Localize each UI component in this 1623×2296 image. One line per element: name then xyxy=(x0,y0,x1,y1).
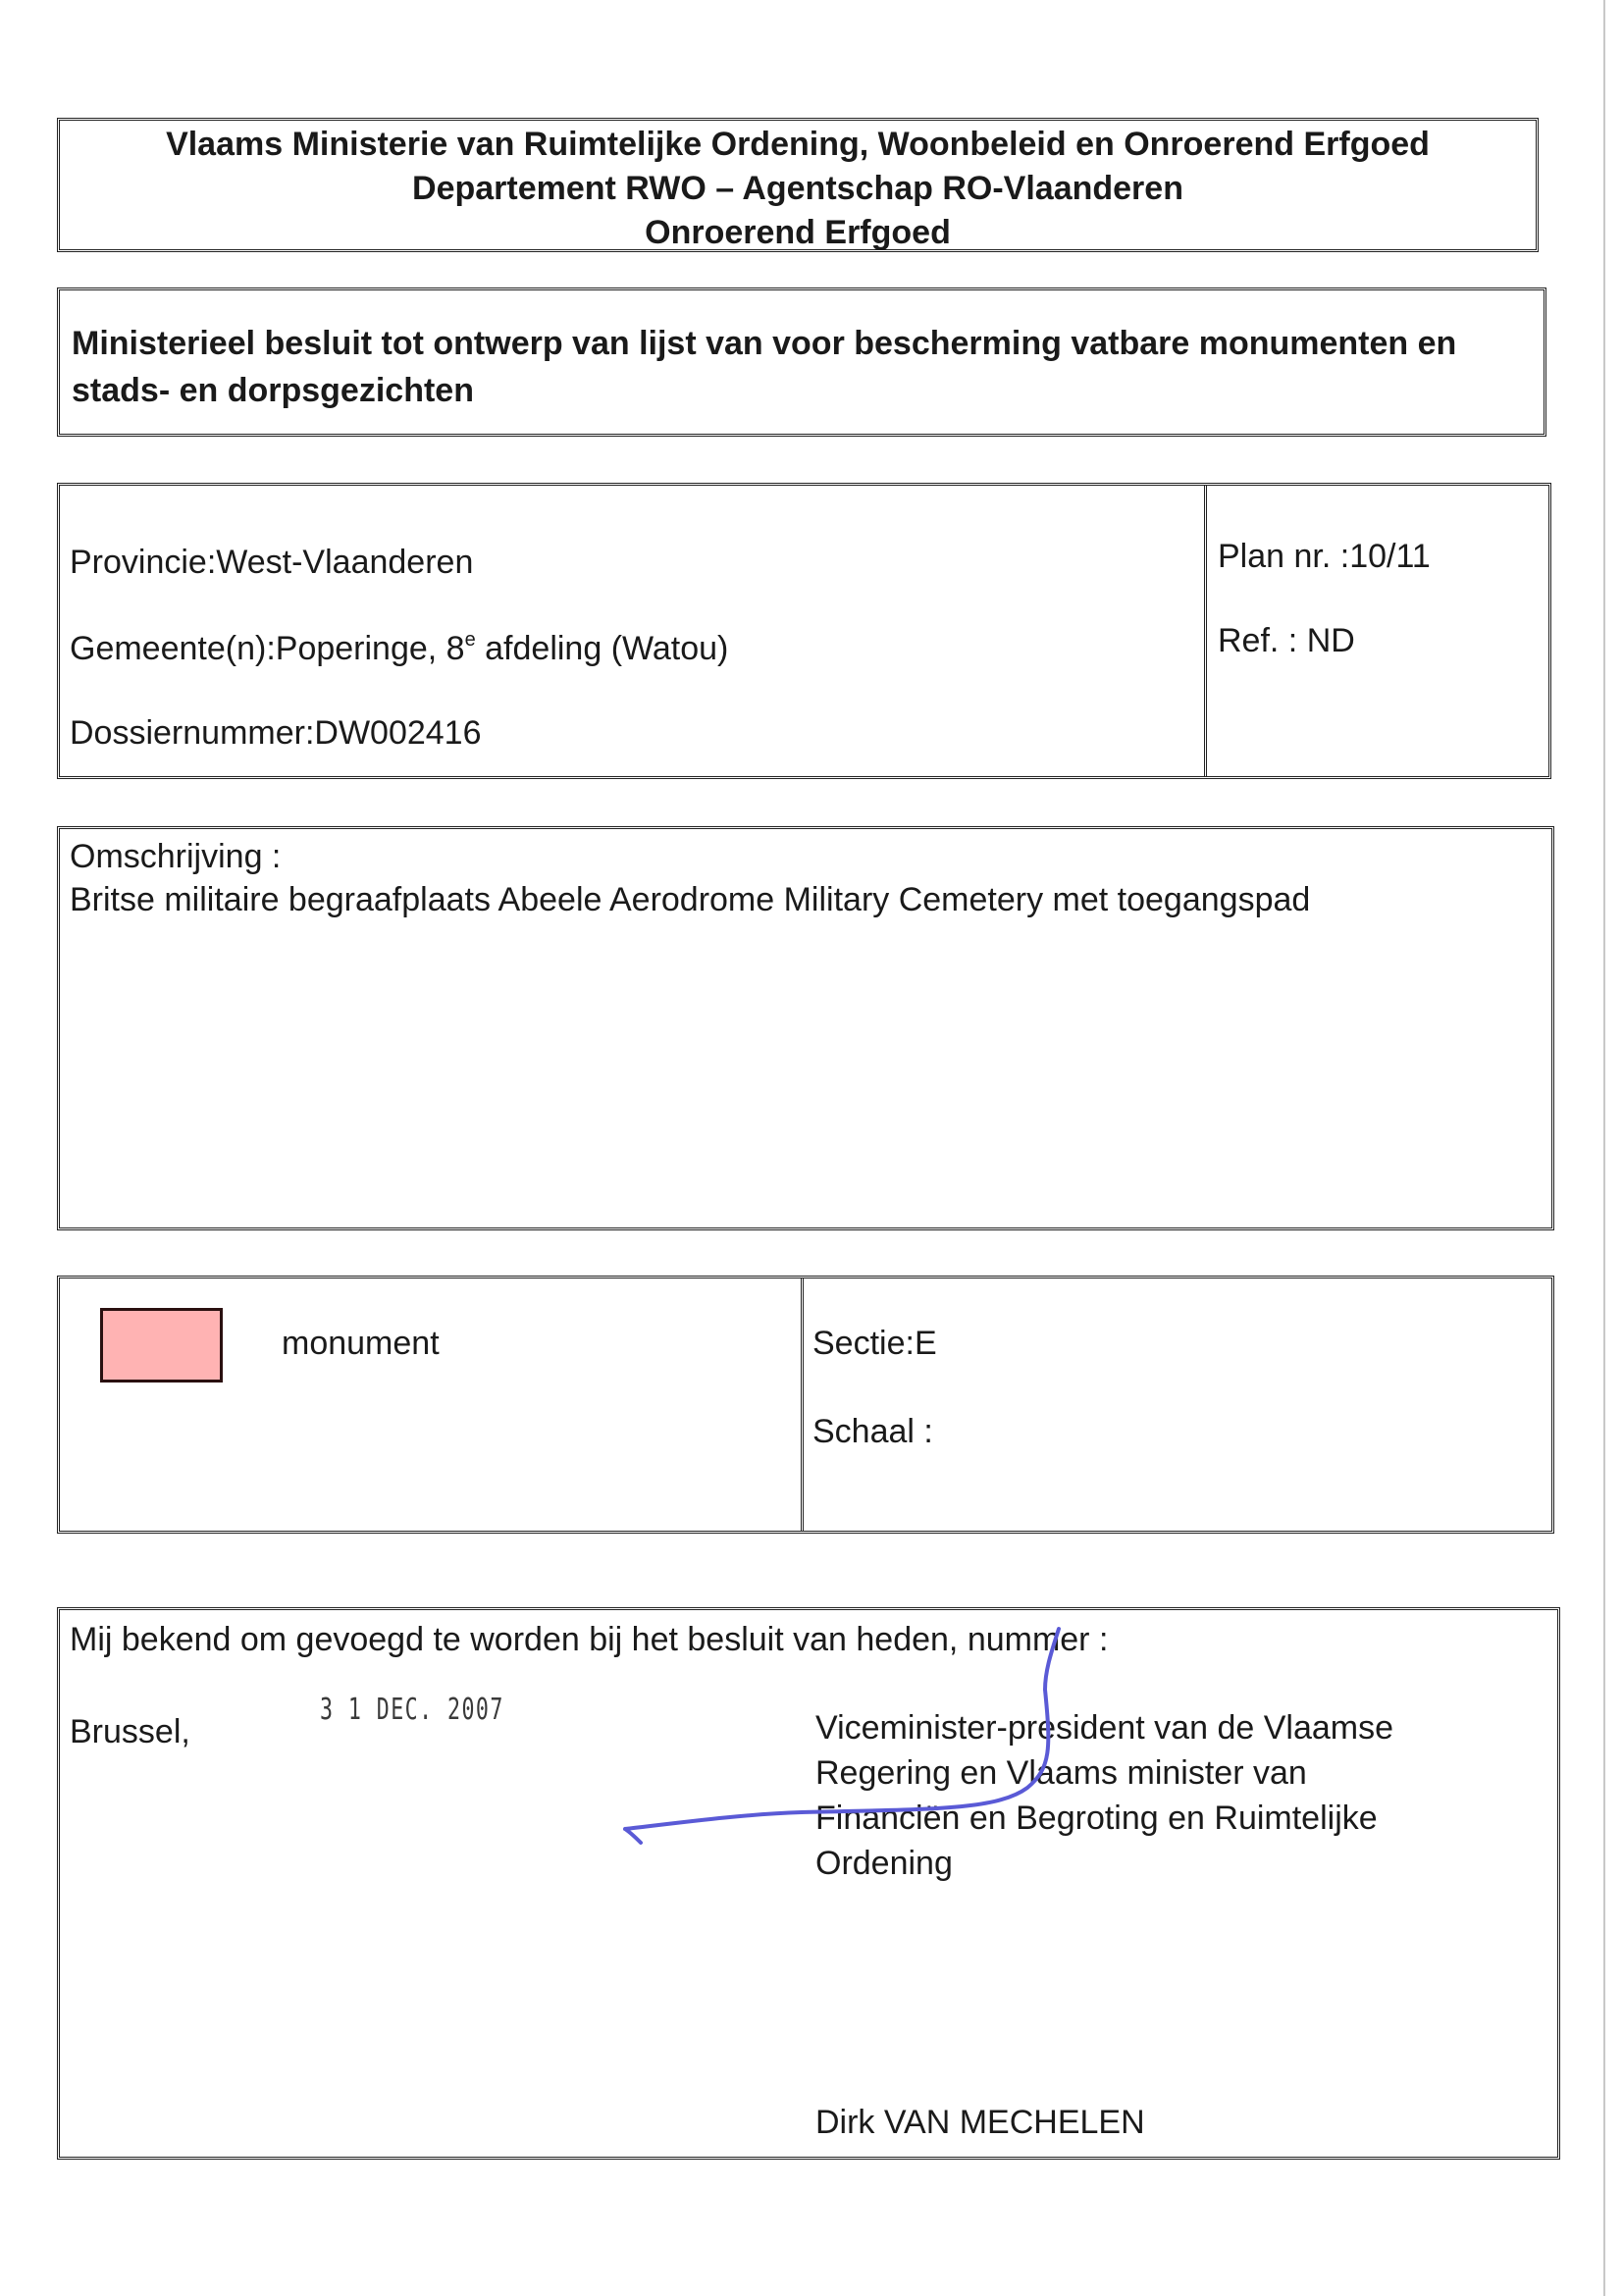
provincie-field: Provincie:West-Vlaanderen xyxy=(70,543,473,582)
decree-title-box: Ministerieel besluit tot ontwerp van lij… xyxy=(57,287,1546,437)
signature-box: Mij bekend om gevoegd te worden bij het … xyxy=(57,1607,1560,2160)
reference-field: Ref. : ND xyxy=(1218,621,1355,660)
ministry-header: Vlaams Ministerie van Ruimtelijke Ordeni… xyxy=(57,118,1539,252)
description-box: Omschrijving : Britse militaire begraafp… xyxy=(57,826,1554,1230)
dossier-info-box: Provincie:West-Vlaanderen Gemeente(n):Po… xyxy=(57,483,1551,779)
legend-monument-label: monument xyxy=(282,1324,440,1363)
legend-column-divider xyxy=(801,1278,804,1531)
monument-color-swatch xyxy=(100,1308,223,1383)
dossiernummer-field: Dossiernummer:DW002416 xyxy=(70,713,482,753)
scan-edge-line xyxy=(1603,0,1605,2296)
gemeente-superscript: e xyxy=(465,629,476,651)
gemeente-field: Gemeente(n):Poperinge, 8e afdeling (Wato… xyxy=(70,629,728,668)
sectie-field: Sectie:E xyxy=(812,1324,937,1363)
ministry-name: Vlaams Ministerie van Ruimtelijke Ordeni… xyxy=(60,123,1536,167)
gemeente-suffix: afdeling (Watou) xyxy=(476,630,729,667)
schaal-field: Schaal : xyxy=(812,1412,933,1451)
legend-section-box: monument Sectie:E Schaal : xyxy=(57,1276,1554,1534)
handwritten-signature-icon xyxy=(60,1610,1557,2157)
info-column-divider xyxy=(1204,486,1207,776)
description-label: Omschrijving : xyxy=(70,837,281,876)
description-text: Britse militaire begraafplaats Abeele Ae… xyxy=(70,880,1310,919)
gemeente-prefix: Gemeente(n):Poperinge, 8 xyxy=(70,630,465,667)
plan-number-field: Plan nr. :10/11 xyxy=(1218,537,1431,576)
decree-title: Ministerieel besluit tot ontwerp van lij… xyxy=(72,320,1494,414)
agency-name: Onroerend Erfgoed xyxy=(60,211,1536,255)
department-name: Departement RWO – Agentschap RO-Vlaander… xyxy=(60,167,1536,211)
minister-name: Dirk VAN MECHELEN xyxy=(815,2103,1145,2142)
